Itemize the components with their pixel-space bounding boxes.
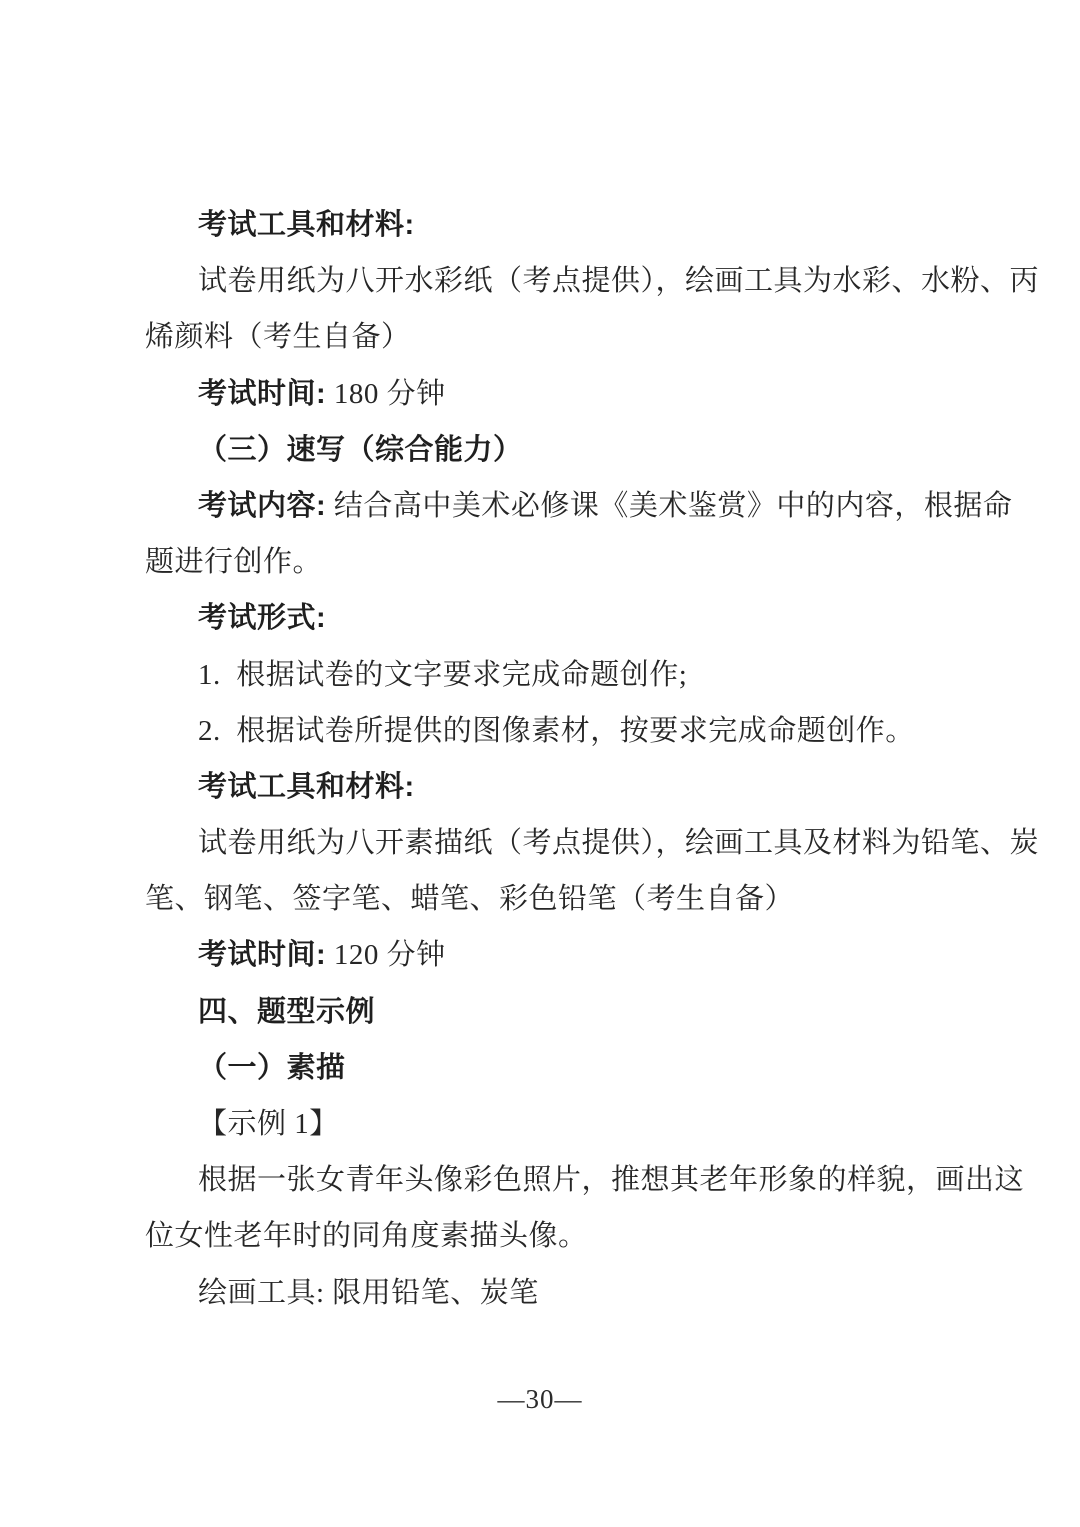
line-text: 【示例 1】 (198, 1108, 339, 1140)
doc-line-subsection-1-drawing-heading: （一）素描 (145, 1040, 945, 1096)
doc-line-format-item-2: 2. 根据试卷所提供的图像素材，按要求完成命题创作。 (145, 703, 945, 759)
document-page-body: 考试工具和材料: 试卷用纸为八开水彩纸（考点提供），绘画工具为水彩、水粉、丙 烯… (145, 197, 945, 1321)
doc-line-exam-time-120: 考试时间: 120 分钟 (145, 927, 945, 983)
line-bold-label: 考试形式: (198, 602, 326, 634)
doc-line-exam-tools-heading-2: 考试工具和材料: (145, 759, 945, 815)
doc-line-exam-content: 考试内容: 结合高中美术必修课《美术鉴赏》中的内容，根据命 (145, 478, 945, 534)
doc-line-section-4-examples-heading: 四、题型示例 (145, 984, 945, 1040)
doc-line-section-3-sketch-heading: （三）速写（综合能力） (145, 422, 945, 478)
line-bold-label: 考试时间: (198, 378, 326, 410)
doc-line-exam-content-cont: 题进行创作。 (145, 534, 945, 590)
line-bold-label: 考试内容: (198, 490, 326, 522)
line-bold-label: 考试工具和材料: (198, 771, 415, 803)
line-text: 笔、钢笔、签字笔、蜡笔、彩色铅笔（考生自备） (145, 883, 794, 915)
line-text: 结合高中美术必修课《美术鉴赏》中的内容，根据命 (326, 490, 1012, 522)
line-text: 2. 根据试卷所提供的图像素材，按要求完成命题创作。 (198, 715, 915, 747)
doc-line-format-item-1: 1. 根据试卷的文字要求完成命题创作; (145, 647, 945, 703)
line-bold-label: 四、题型示例 (198, 996, 375, 1028)
line-bold-label: （一）素描 (198, 1052, 346, 1084)
doc-line-exam-time-180: 考试时间: 180 分钟 (145, 366, 945, 422)
line-text: 试卷用纸为八开素描纸（考点提供），绘画工具及材料为铅笔、炭 (198, 827, 1039, 859)
line-text: 1. 根据试卷的文字要求完成命题创作; (198, 659, 687, 691)
doc-line-example-1-label: 【示例 1】 (145, 1096, 945, 1152)
line-text: 根据一张女青年头像彩色照片，推想其老年形象的样貌，画出这 (198, 1164, 1024, 1196)
doc-line-example-1-task: 根据一张女青年头像彩色照片，推想其老年形象的样貌，画出这 (145, 1152, 945, 1208)
line-text: 120 分钟 (326, 939, 446, 971)
line-text: 试卷用纸为八开水彩纸（考点提供），绘画工具为水彩、水粉、丙 (198, 265, 1039, 297)
line-text: 180 分钟 (326, 378, 446, 410)
line-bold-label: 考试时间: (198, 939, 326, 971)
doc-line-sketch-paper: 试卷用纸为八开素描纸（考点提供），绘画工具及材料为铅笔、炭 (145, 815, 945, 871)
line-bold-label: （三）速写（综合能力） (198, 434, 523, 466)
doc-line-watercolor-paper: 试卷用纸为八开水彩纸（考点提供），绘画工具为水彩、水粉、丙 (145, 253, 945, 309)
doc-line-sketch-paper-cont: 笔、钢笔、签字笔、蜡笔、彩色铅笔（考生自备） (145, 871, 945, 927)
line-text: 位女性老年时的同角度素描头像。 (145, 1220, 588, 1252)
doc-line-exam-format-heading: 考试形式: (145, 590, 945, 646)
line-text: 绘画工具: 限用铅笔、炭笔 (198, 1277, 539, 1309)
page-number: —30— (0, 1384, 1080, 1414)
doc-line-exam-tools-heading-1: 考试工具和材料: (145, 197, 945, 253)
doc-line-drawing-tools: 绘画工具: 限用铅笔、炭笔 (145, 1265, 945, 1321)
doc-line-example-1-task-cont: 位女性老年时的同角度素描头像。 (145, 1208, 945, 1264)
doc-line-watercolor-paper-cont: 烯颜料（考生自备） (145, 309, 945, 365)
line-bold-label: 考试工具和材料: (198, 209, 415, 241)
line-text: 题进行创作。 (145, 546, 322, 578)
line-text: 烯颜料（考生自备） (145, 321, 411, 353)
